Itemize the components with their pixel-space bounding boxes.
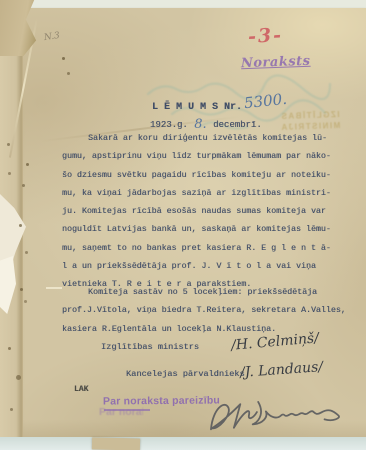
date-year: 1923.g. <box>150 120 188 130</box>
minister-role: Izglītības ministrs <box>101 342 199 352</box>
chancery-signature: /J. Landaus/ <box>240 359 324 381</box>
text-line: Sakarā ar koru diriģentu izvēlētās komit… <box>62 130 331 148</box>
underlying-page-tab <box>92 437 140 450</box>
text-line: mu, saņemt to no bankas pret kasiera R. … <box>62 240 331 258</box>
stamp-underline <box>104 409 150 411</box>
text-line: ju. Komitejas rīcībā esošās naudas sumas… <box>62 203 331 221</box>
certification-stamp-ghost: Par noraksta pareizību <box>99 406 143 418</box>
pencil-note: N.3 <box>43 31 60 43</box>
body-paragraph-1: Sakarā ar koru diriģentu izvēlētās komit… <box>62 130 331 295</box>
scanned-document: IZGLĪTĪBAS MINISTRIJA N.3 -3- Noraksts L… <box>0 0 366 450</box>
page-number: -3- <box>247 24 283 48</box>
text-line: šo dziesmu svētku pagaidu rīcības komite… <box>62 167 331 185</box>
typist-initials: LAK <box>74 385 88 394</box>
date-month: decembrī. <box>213 120 262 130</box>
paper-sheet: IZGLĪTĪBAS MINISTRIJA N.3 -3- Noraksts L… <box>0 8 366 437</box>
text-line: noguldīt Latvijas bankā un, saskaņā ar k… <box>62 221 331 239</box>
document-title: L Ē M U M S Nr. <box>152 102 242 113</box>
scan-background <box>0 437 366 450</box>
text-line: Komiteja sastāv no 5 locekļiem: priekšsē… <box>62 284 346 302</box>
text-line: l a un priekšsēdētāja prof. J. V ī t o l… <box>62 258 331 276</box>
paper-scratch <box>46 287 62 289</box>
noraksts-stamp: Noraksts <box>241 54 311 71</box>
text-line: prof.J.Vītola, viņa biedra T.Reitera, se… <box>62 302 346 320</box>
text-line: gumu, apstiprinu viņu līdz turpmākam lēm… <box>62 148 331 166</box>
certifier-signature <box>201 387 344 439</box>
text-line: mu, ka viņai jādarbojas saziņā ar izglīt… <box>62 185 331 203</box>
chancery-role: Kancelejas pārvaldnieks <box>126 369 245 379</box>
